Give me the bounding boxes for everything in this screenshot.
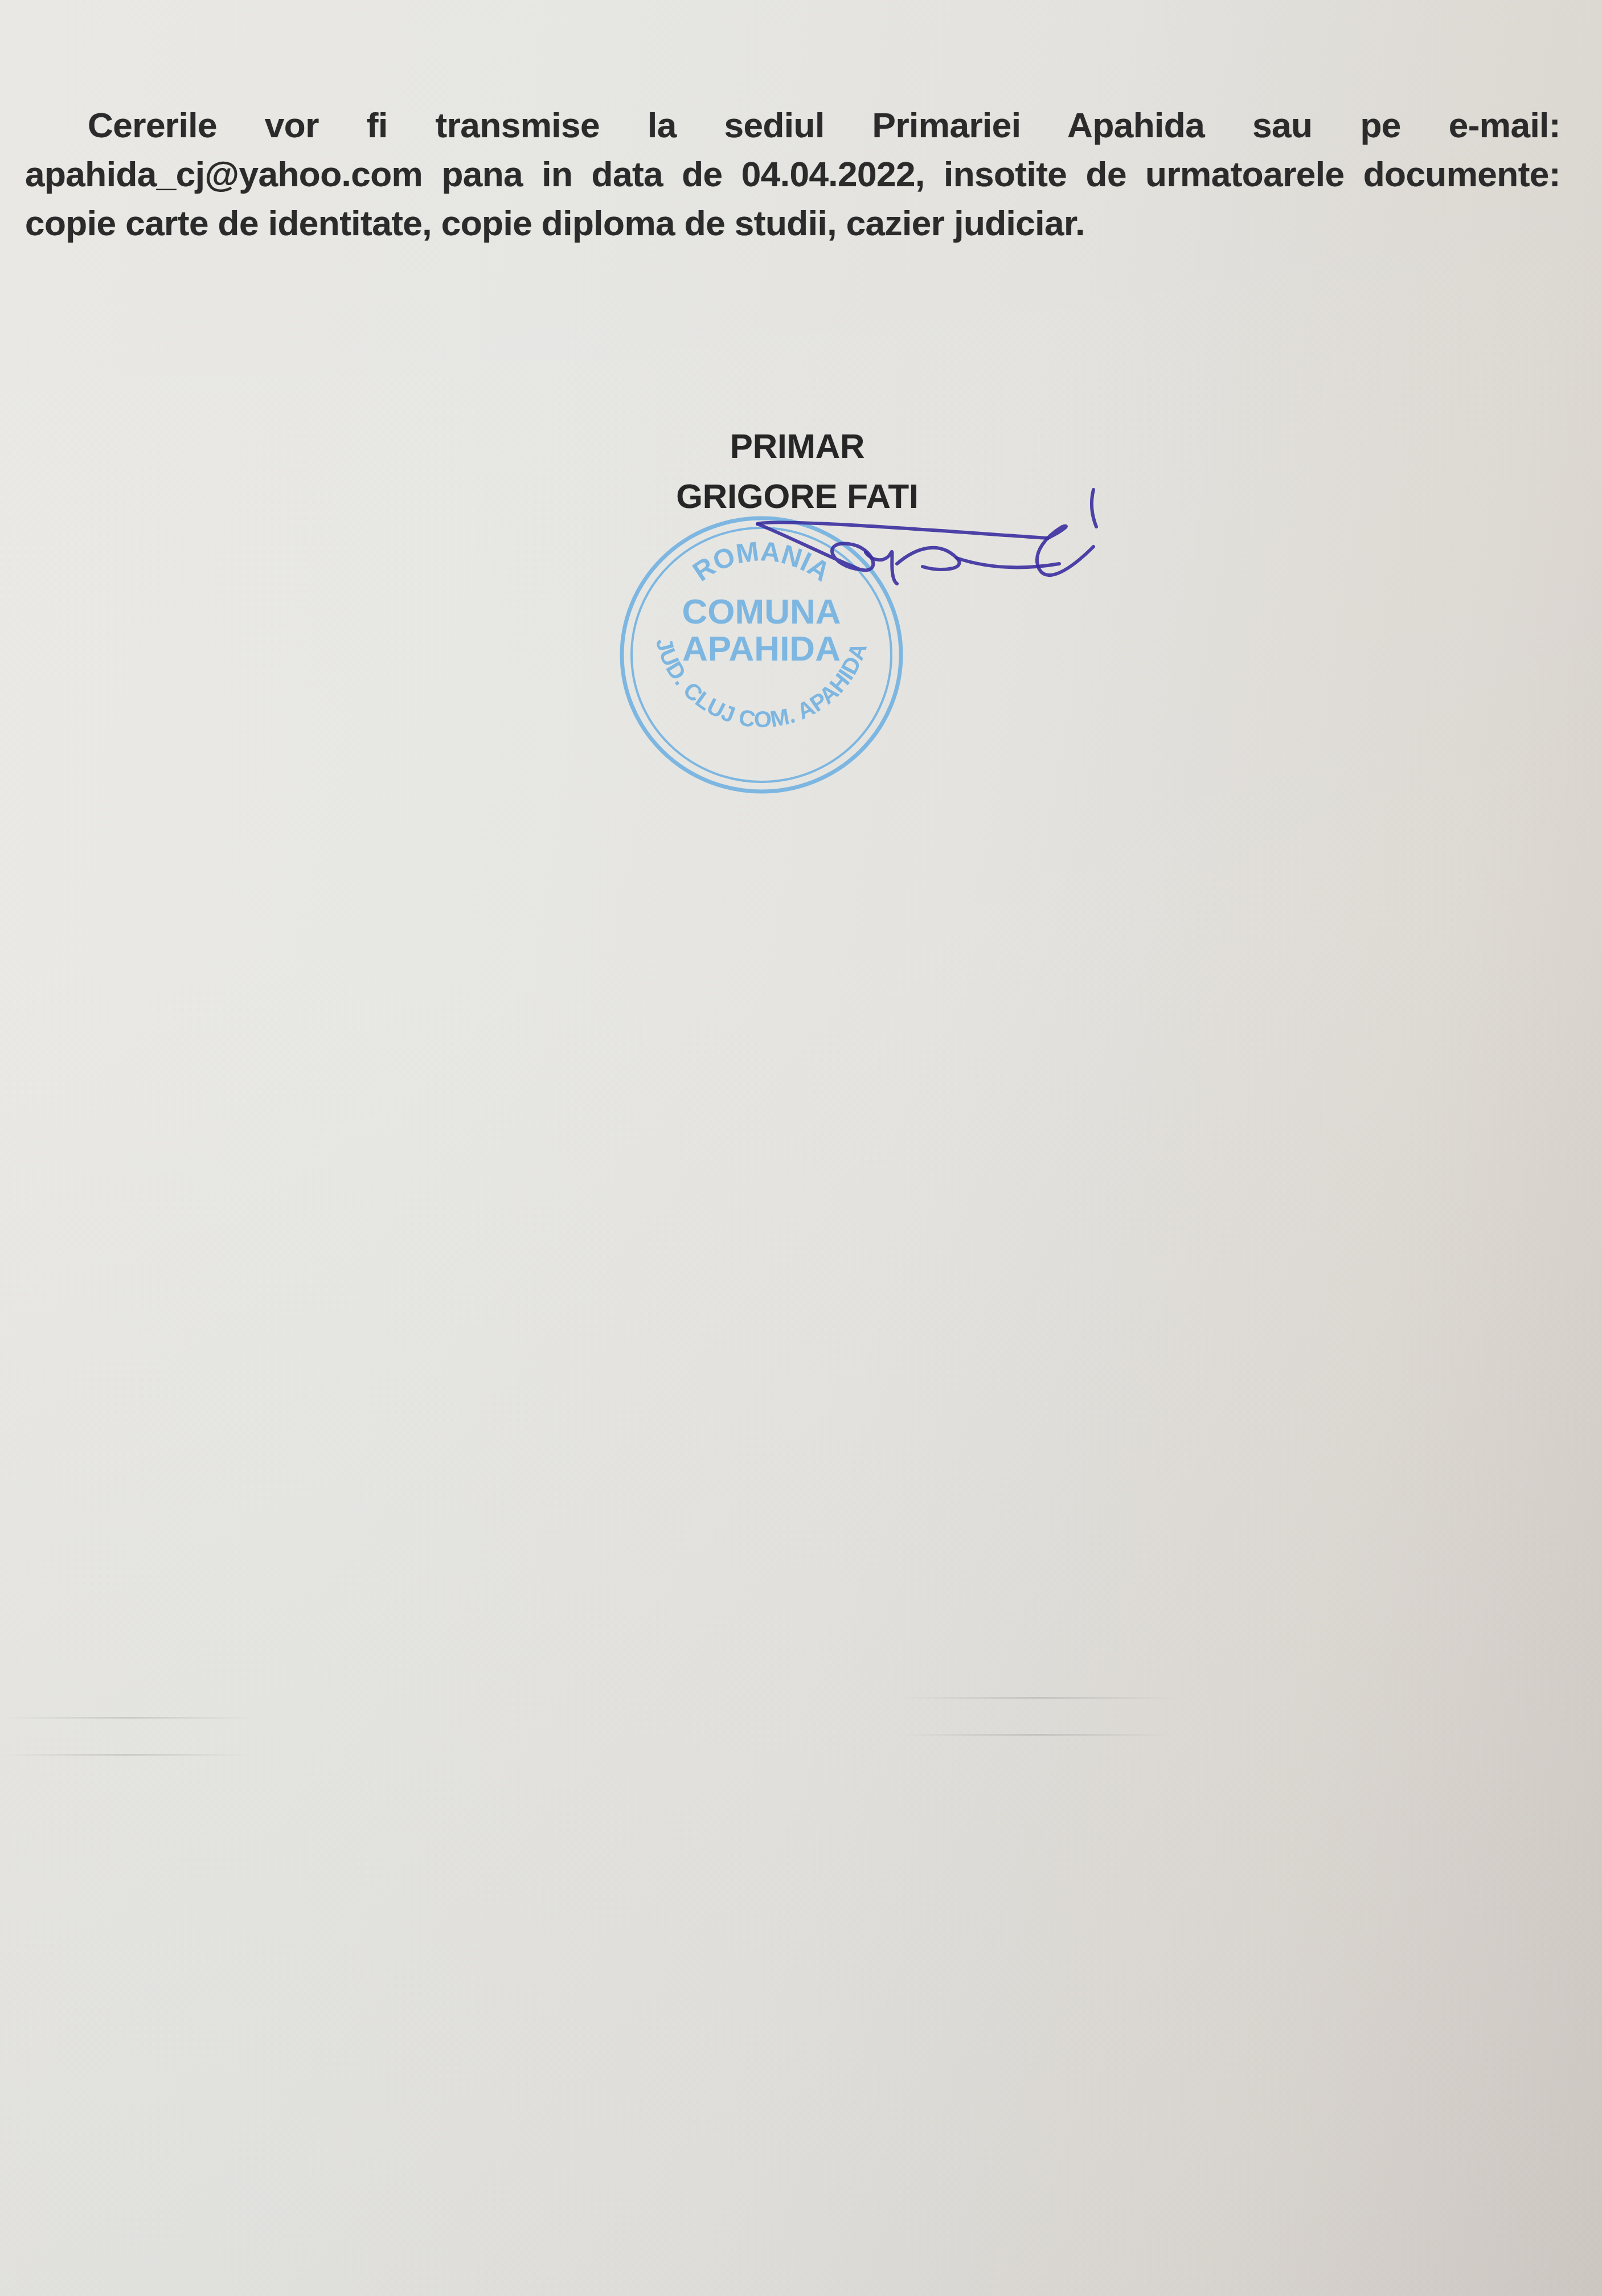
stamp-line-2: APAHIDA bbox=[682, 629, 841, 669]
paper-shading bbox=[0, 0, 1602, 2296]
print-artifact bbox=[0, 1717, 256, 1719]
signature-block: PRIMAR GRIGORE FATI bbox=[661, 421, 1014, 522]
print-artifact bbox=[0, 1754, 251, 1756]
official-stamp-icon: ROMANIA COMUNA APAHIDA JUD. CLUJ COM. AP… bbox=[616, 510, 907, 800]
print-artifact bbox=[900, 1697, 1179, 1699]
signatory-name: GRIGORE FATI bbox=[581, 471, 1014, 522]
stamp-top-arc: ROMANIA bbox=[687, 536, 835, 587]
body-paragraph: Cererile vor fi transmise la sediul Prim… bbox=[25, 101, 1560, 248]
paragraph-text: Cererile vor fi transmise la sediul Prim… bbox=[25, 106, 1560, 243]
signatory-title: PRIMAR bbox=[581, 421, 1014, 471]
print-artifact bbox=[900, 1734, 1173, 1736]
stamp-line-1: COMUNA bbox=[682, 592, 841, 632]
stamp-bottom-arc: JUD. CLUJ COM. APAHIDA bbox=[651, 635, 872, 733]
